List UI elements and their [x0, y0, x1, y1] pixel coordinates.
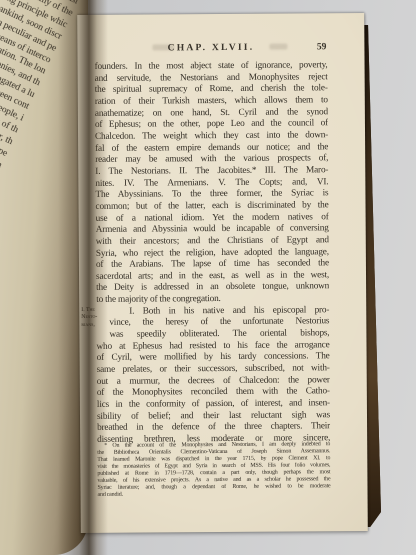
- right-page: CHAP. XLVII. 59 I. TheNesto-rians, found…: [77, 13, 368, 533]
- running-header-row: CHAP. XLVII. 59: [94, 41, 327, 54]
- footnote-line: and candid.: [98, 491, 331, 500]
- footnote: * On the account of the Monophysites and…: [97, 441, 330, 499]
- chapter-heading: CHAP. XLVII.: [94, 41, 327, 54]
- left-page-text: RE. were taught to consiut as the enemy …: [0, 0, 86, 420]
- body-text-line: with their ancestors; and the Christians…: [96, 235, 329, 248]
- body-text-line: I. The Nestorians. II. The Jacobites.* I…: [95, 165, 328, 178]
- body-text-line: the Deity is addressed in an obsolete to…: [96, 282, 329, 295]
- body-text-line: common; but of the latter, each is discr…: [95, 200, 328, 213]
- page-number: 59: [317, 41, 327, 52]
- left-page-lines: were taught to consiut as the enemy of t…: [0, 0, 80, 336]
- body-text: founders. In the most abject state of ig…: [95, 60, 331, 446]
- left-page: RE. were taught to consiut as the enemy …: [0, 0, 88, 555]
